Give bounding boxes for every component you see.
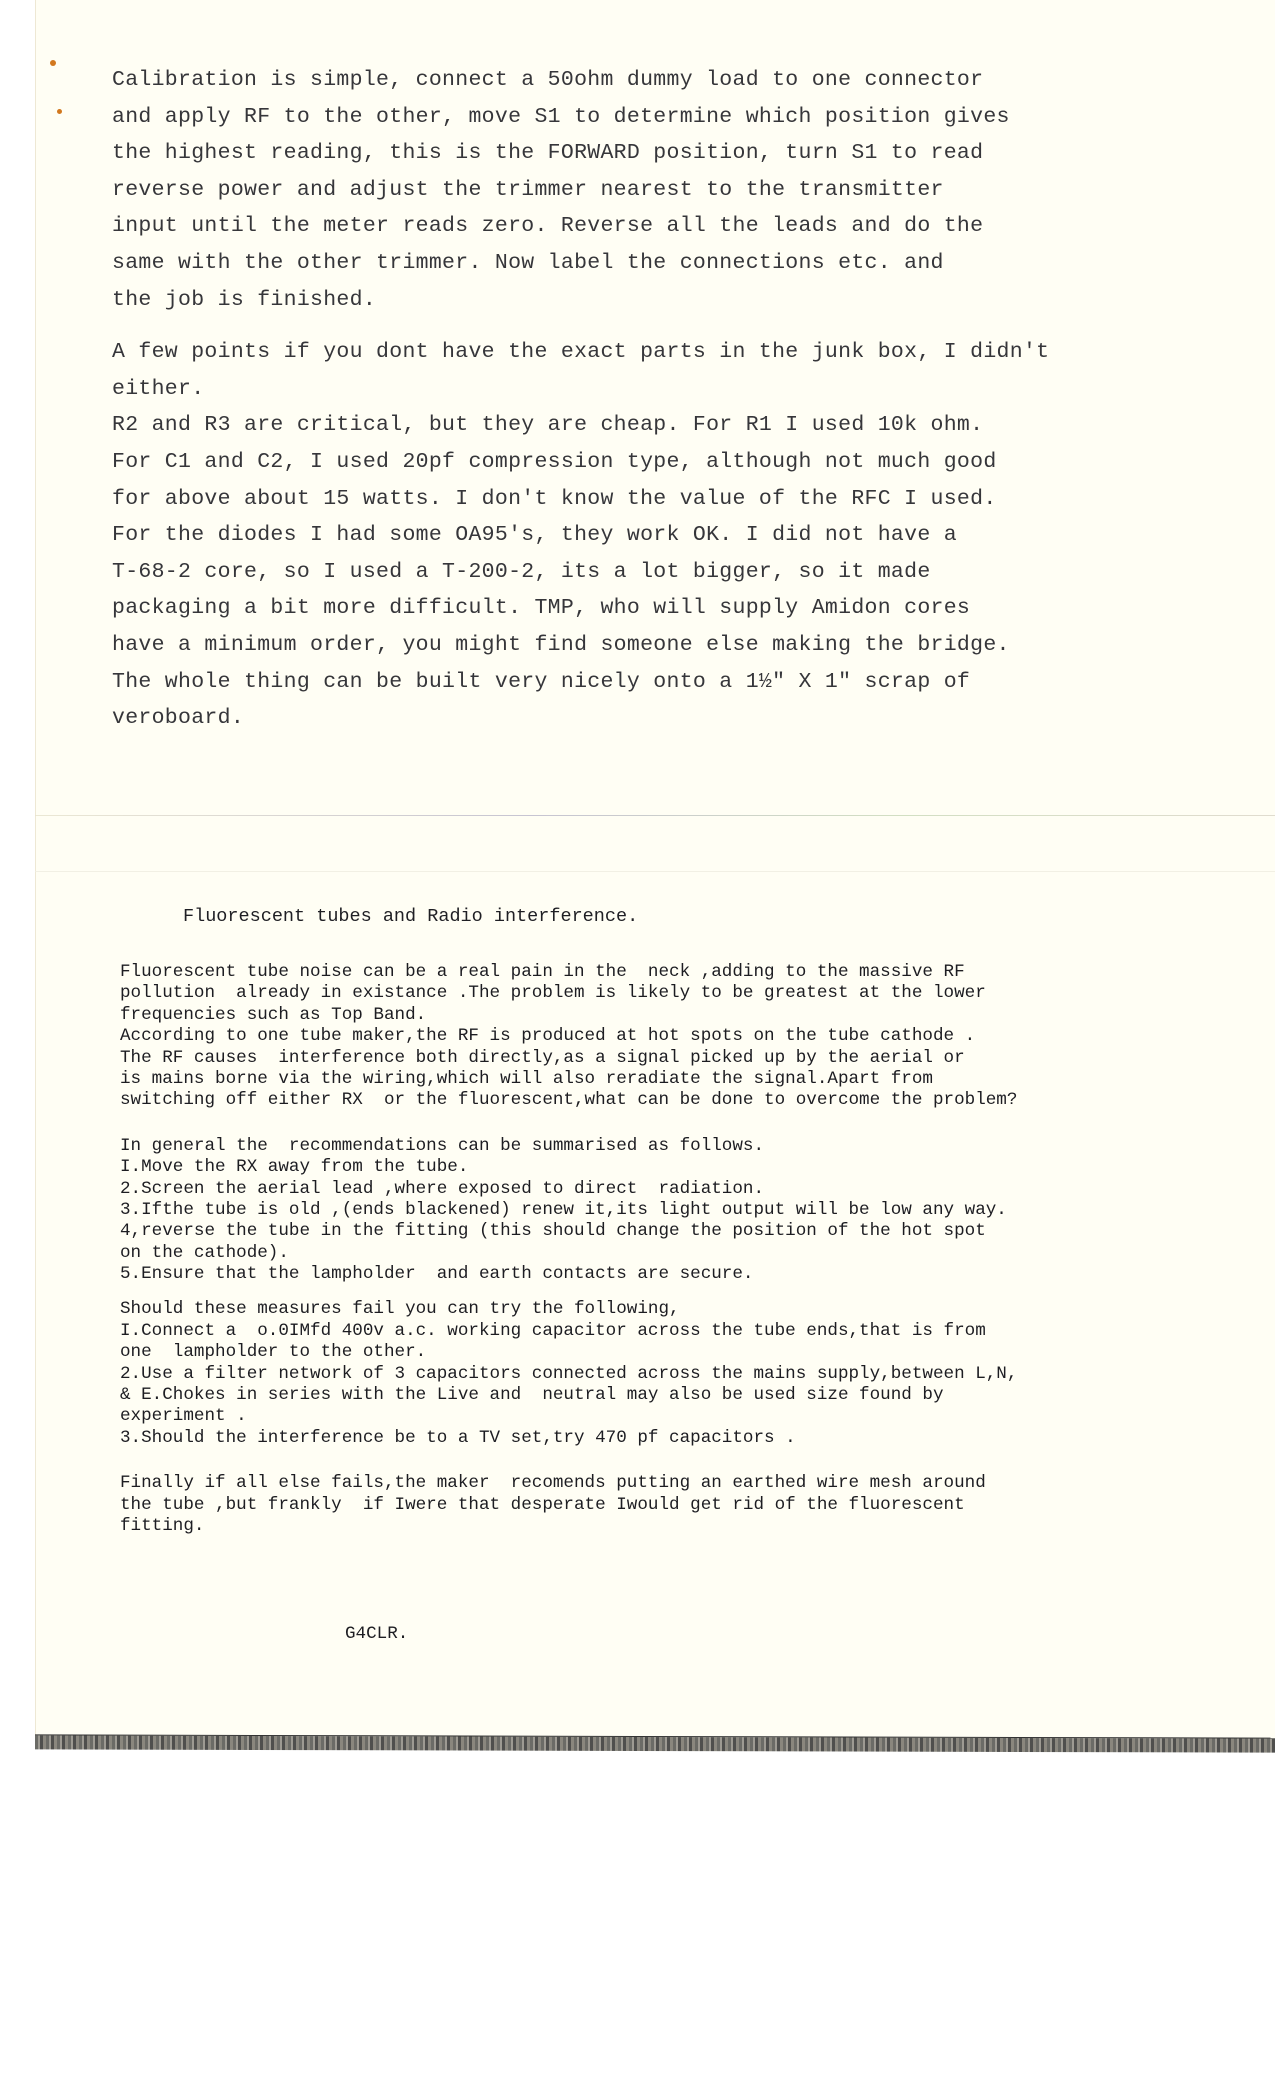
text-line: fitting. [120,1516,1240,1537]
page-bottom-edge [35,1734,1275,1752]
text-line: and apply RF to the other, move S1 to de… [112,99,1192,136]
text-line: either. [112,371,1192,408]
fluorescent-article: Fluorescent tube noise can be a real pai… [120,962,1240,1537]
list-item: one lampholder to the other. [120,1342,1240,1363]
fold-line [35,871,1275,872]
recommendations-list: In general the recommendations can be su… [120,1136,1240,1286]
text-line: reverse power and adjust the trimmer nea… [112,172,1192,209]
text-line: According to one tube maker,the RF is pr… [120,1026,1240,1047]
text-line: Calibration is simple, connect a 50ohm d… [112,62,1192,99]
text-line: Fluorescent tube noise can be a real pai… [120,962,1240,983]
fold-line [35,815,1275,816]
list-item: 3.Ifthe tube is old ,(ends blackened) re… [120,1200,1240,1221]
parts-notes-paragraph: A few points if you dont have the exact … [112,334,1192,737]
text-line: same with the other trimmer. Now label t… [112,245,1192,282]
author-signature: G4CLR. [345,1624,408,1644]
text-line: switching off either RX or the fluoresce… [120,1090,1240,1111]
list-item: experiment . [120,1406,1240,1427]
ink-spot [57,109,62,114]
list-item: 2.Use a filter network of 3 capacitors c… [120,1364,1240,1385]
text-line: the tube ,but frankly if Iwere that desp… [120,1495,1240,1516]
text-line: have a minimum order, you might find som… [112,627,1192,664]
list-item: 2.Screen the aerial lead ,where exposed … [120,1179,1240,1200]
list-item: Should these measures fail you can try t… [120,1299,1240,1320]
list-item: In general the recommendations can be su… [120,1136,1240,1157]
list-item: 4,reverse the tube in the fitting (this … [120,1221,1240,1242]
calibration-paragraph: Calibration is simple, connect a 50ohm d… [112,62,1192,318]
conclusion-paragraph: Finally if all else fails,the maker reco… [120,1473,1240,1537]
text-line: is mains borne via the wiring,which will… [120,1069,1240,1090]
text-line: For C1 and C2, I used 20pf compression t… [112,444,1192,481]
list-item: 5.Ensure that the lampholder and earth c… [120,1264,1240,1285]
list-item: 3.Should the interference be to a TV set… [120,1428,1240,1449]
text-line: R2 and R3 are critical, but they are che… [112,407,1192,444]
list-item: & E.Chokes in series with the Live and n… [120,1385,1240,1406]
text-line: the job is finished. [112,282,1192,319]
text-line: The RF causes interference both directly… [120,1048,1240,1069]
further-measures-list: Should these measures fail you can try t… [120,1299,1240,1449]
text-line: T-68-2 core, so I used a T-200-2, its a … [112,554,1192,591]
text-line: input until the meter reads zero. Revers… [112,208,1192,245]
ink-spot [50,60,56,66]
text-line: packaging a bit more difficult. TMP, who… [112,590,1192,627]
list-item: I.Move the RX away from the tube. [120,1157,1240,1178]
list-item: on the cathode). [120,1243,1240,1264]
text-line: pollution already in existance .The prob… [120,983,1240,1004]
text-line: frequencies such as Top Band. [120,1005,1240,1026]
text-line: Finally if all else fails,the maker reco… [120,1473,1240,1494]
text-line: A few points if you dont have the exact … [112,334,1192,371]
intro-paragraph: Fluorescent tube noise can be a real pai… [120,962,1240,1112]
text-line: For the diodes I had some OA95's, they w… [112,517,1192,554]
text-line: for above about 15 watts. I don't know t… [112,481,1192,518]
text-line: veroboard. [112,700,1192,737]
calibration-section: Calibration is simple, connect a 50ohm d… [112,62,1192,737]
text-line: The whole thing can be built very nicely… [112,664,1192,701]
list-item: I.Connect a o.0IMfd 400v a.c. working ca… [120,1321,1240,1342]
article-heading: Fluorescent tubes and Radio interference… [183,906,638,927]
text-line: the highest reading, this is the FORWARD… [112,135,1192,172]
